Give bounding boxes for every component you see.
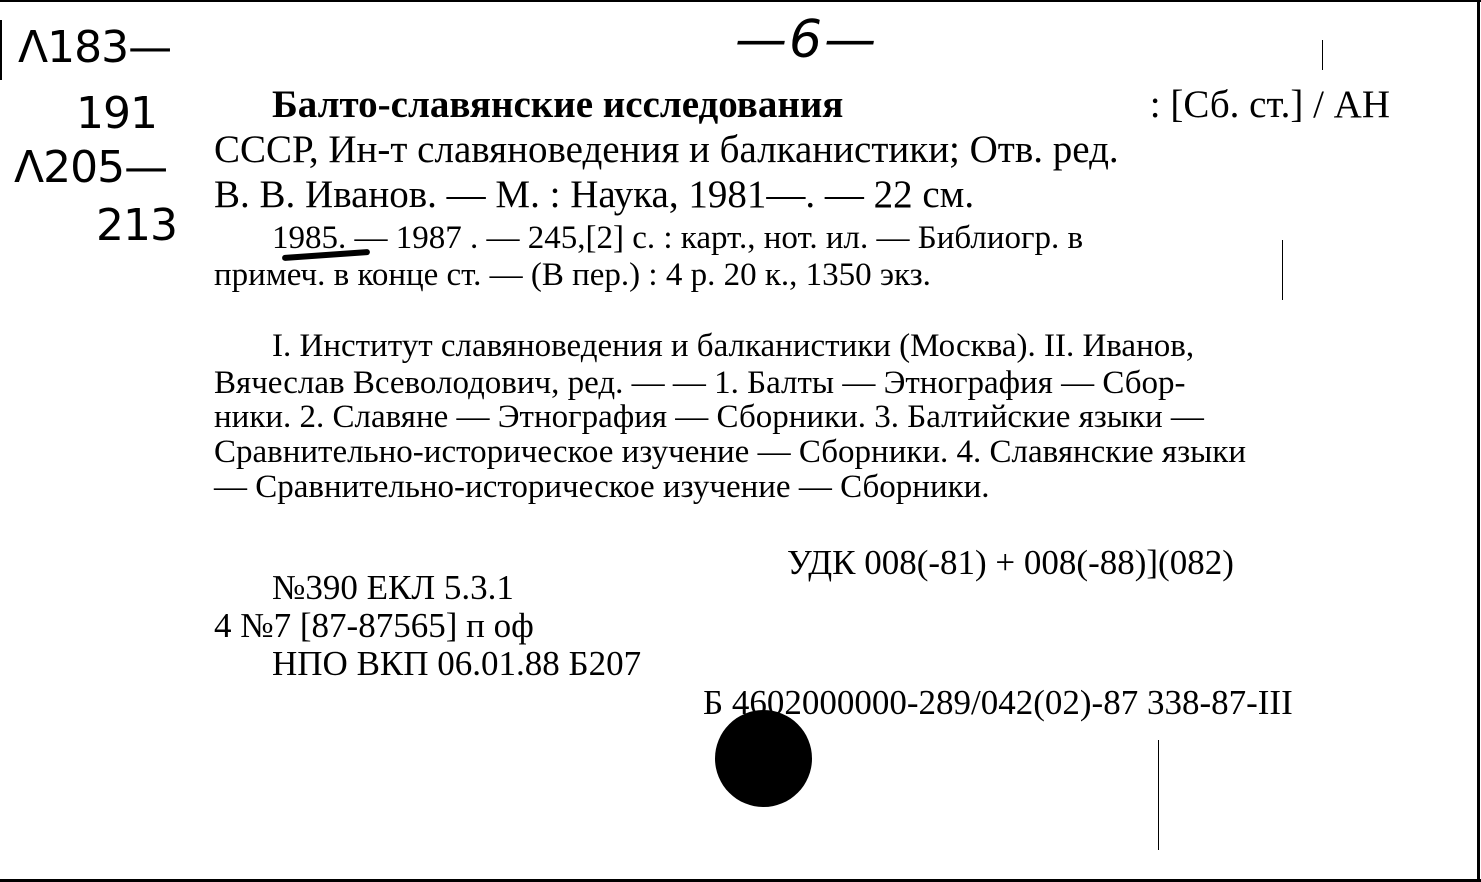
handwritten-shelfmark-2: 191 — [76, 92, 157, 136]
tracing-line: I. Институт славяноведения и балканистик… — [272, 330, 1390, 363]
handwritten-shelfmark-3: Λ205— — [14, 146, 167, 190]
tracing-line: ники. 2. Славяне — Этнография — Сборники… — [214, 401, 1390, 434]
tracing-line: — Сравнительно-историческое изучение — С… — [214, 471, 990, 504]
card-border-top — [0, 0, 1481, 2]
record-title: Балто-славянские исследования — [272, 85, 843, 124]
record-title-rest: : [Сб. ст.] / АН — [1150, 85, 1390, 124]
udk-classification: УДК 008(-81) + 008(-88)](082) — [787, 545, 1234, 580]
tracing-line: Сравнительно-историческое изучение — Сбо… — [214, 436, 1390, 469]
card-border-right — [1477, 0, 1480, 882]
card-meta-line-1: №390 ЕКЛ 5.3.1 — [272, 570, 514, 605]
record-line-3: В. В. Иванов. — М. : Наука, 1981—. — 22 … — [214, 175, 974, 214]
scan-artifact — [1322, 40, 1323, 70]
record-title-line: Балто-славянские исследования : [Сб. ст.… — [272, 85, 1390, 124]
handwritten-shelfmark-1: Λ183— — [18, 26, 171, 70]
tracing-line: Вячеслав Всеволодович, ред. — — 1. Балты… — [214, 367, 1390, 400]
scan-artifact — [1282, 240, 1283, 300]
record-line-4: 1985. — 1987 . — 245,[2] с. : карт., нот… — [272, 222, 1390, 255]
card-meta-line-2: 4 №7 [87-87565] п оф — [214, 608, 534, 643]
catalog-card: Λ183— 191 Λ205— 213 —6— Балто-славянские… — [0, 0, 1481, 882]
handwritten-page-number: —6— — [735, 10, 878, 70]
scan-artifact — [1158, 740, 1159, 850]
isbn-line: Б 4602000000-289/042(02)-87 338-87-III — [703, 685, 1293, 720]
punch-hole-icon — [715, 710, 812, 807]
record-line-2: СССР, Ин-т славяноведения и балканистики… — [214, 130, 1390, 169]
record-line-5: примеч. в конце ст. — (В пер.) : 4 р. 20… — [214, 259, 931, 292]
card-meta-line-3: НПО ВКП 06.01.88 Б207 — [272, 646, 641, 681]
card-border-left — [0, 20, 2, 80]
handwritten-shelfmark-4: 213 — [96, 204, 177, 248]
